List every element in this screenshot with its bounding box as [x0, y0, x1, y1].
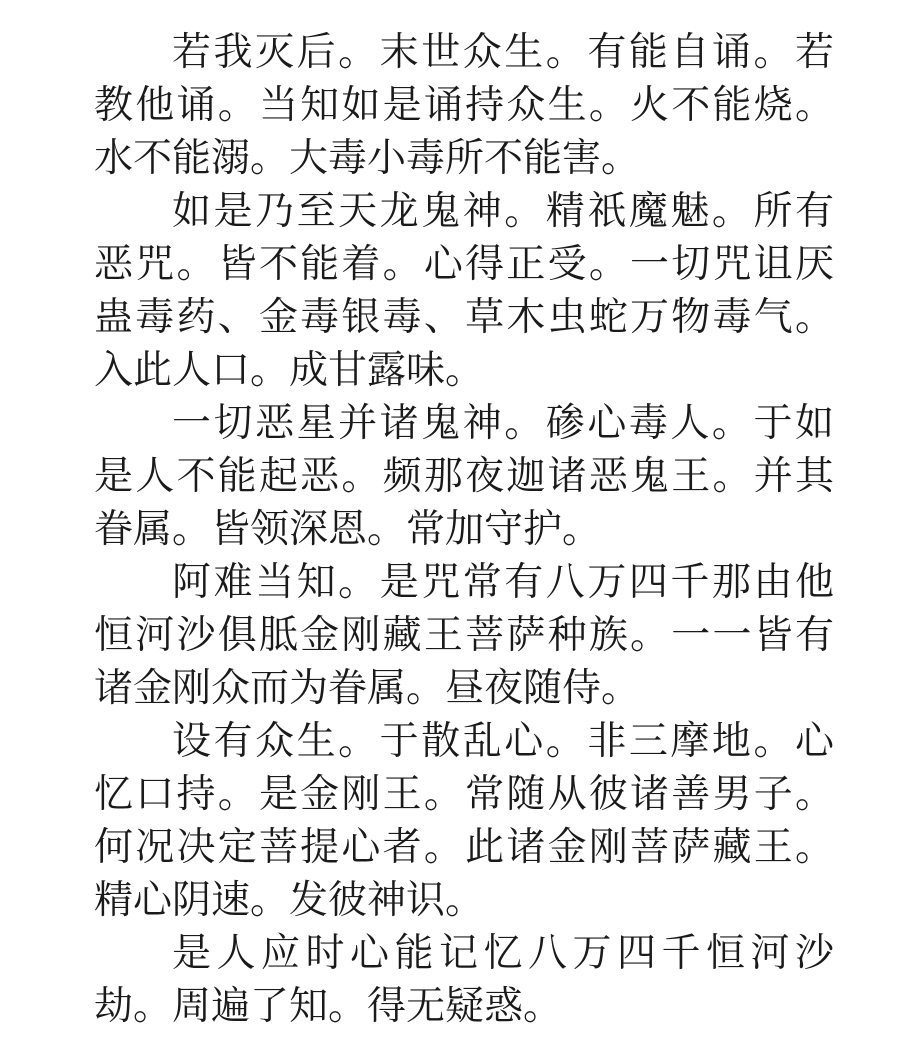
- text-line: 教他诵。当知如是诵持众生。火不能烧。: [94, 79, 834, 132]
- paragraph: 一切恶星并诸鬼神。碜心毒人。于如是人不能起恶。频那夜迦诸恶鬼王。并其眷属。皆领深…: [94, 397, 834, 556]
- paragraph: 若我灭后。末世众生。有能自诵。若教他诵。当知如是诵持众生。火不能烧。水不能溺。大…: [94, 26, 834, 185]
- paragraph: 如是乃至天龙鬼神。精祇魔魅。所有恶咒。皆不能着。心得正受。一切咒诅厌蛊毒药、金毒…: [94, 185, 834, 397]
- text-line: 是人不能起恶。频那夜迦诸恶鬼王。并其: [94, 450, 834, 503]
- sutra-paragraphs: 若我灭后。末世众生。有能自诵。若教他诵。当知如是诵持众生。火不能烧。水不能溺。大…: [94, 26, 834, 1033]
- text-line: 入此人口。成甘露味。: [94, 344, 834, 397]
- text-line: 恒河沙俱胝金刚藏王菩萨种族。一一皆有: [94, 609, 834, 662]
- text-line: 忆口持。是金刚王。常随从彼诸善男子。: [94, 768, 834, 821]
- text-line: 一切恶星并诸鬼神。碜心毒人。于如: [94, 397, 834, 450]
- text-line: 如是乃至天龙鬼神。精祇魔魅。所有: [94, 185, 834, 238]
- text-line: 水不能溺。大毒小毒所不能害。: [94, 132, 834, 185]
- paragraph: 设有众生。于散乱心。非三摩地。心忆口持。是金刚王。常随从彼诸善男子。何况决定菩提…: [94, 715, 834, 927]
- text-line: 何况决定菩提心者。此诸金刚菩萨藏王。: [94, 821, 834, 874]
- text-line: 恶咒。皆不能着。心得正受。一切咒诅厌: [94, 238, 834, 291]
- text-line: 若我灭后。末世众生。有能自诵。若: [94, 26, 834, 79]
- paragraph: 是人应时心能记忆八万四千恒河沙劫。周遍了知。得无疑惑。: [94, 927, 834, 1033]
- text-line: 是人应时心能记忆八万四千恒河沙: [94, 927, 834, 980]
- text-line: 眷属。皆领深恩。常加守护。: [94, 503, 834, 556]
- sutra-text-page: 若我灭后。末世众生。有能自诵。若教他诵。当知如是诵持众生。火不能烧。水不能溺。大…: [0, 0, 898, 1056]
- text-line: 精心阴速。发彼神识。: [94, 874, 834, 927]
- text-line: 蛊毒药、金毒银毒、草木虫蛇万物毒气。: [94, 291, 834, 344]
- paragraph: 阿难当知。是咒常有八万四千那由他恒河沙俱胝金刚藏王菩萨种族。一一皆有诸金刚众而为…: [94, 556, 834, 715]
- text-line: 劫。周遍了知。得无疑惑。: [94, 980, 834, 1033]
- text-line: 诸金刚众而为眷属。昼夜随侍。: [94, 662, 834, 715]
- text-line: 设有众生。于散乱心。非三摩地。心: [94, 715, 834, 768]
- text-line: 阿难当知。是咒常有八万四千那由他: [94, 556, 834, 609]
